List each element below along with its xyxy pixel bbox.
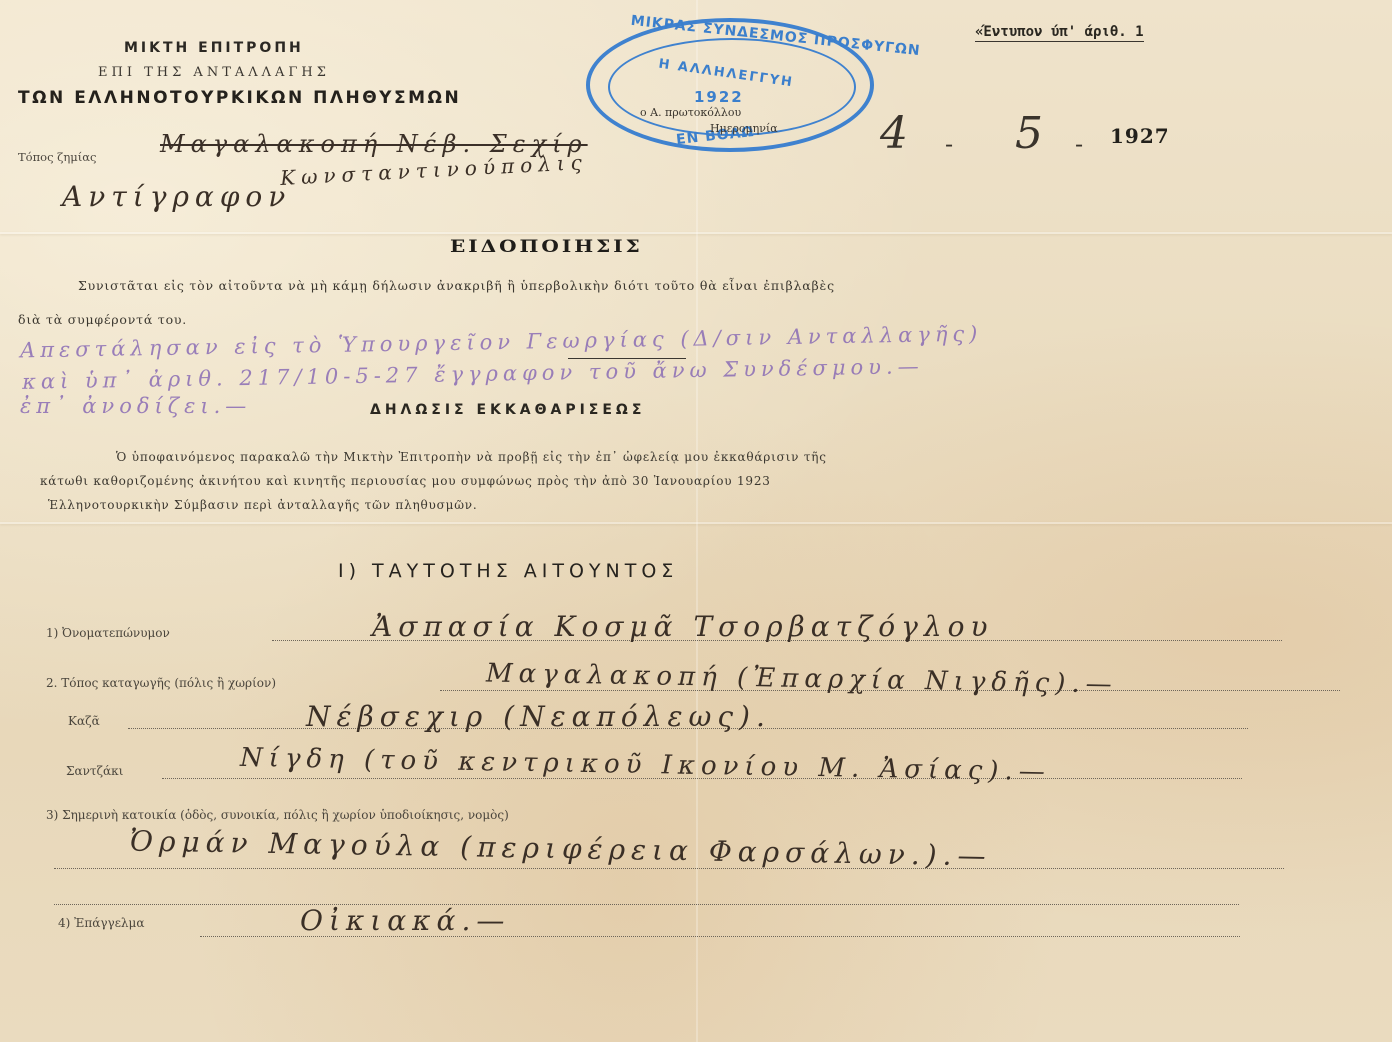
declaration-text-line-1: Ὁ ὑποφαινόμενος παρακαλῶ τὴν Μικτὴν Ἐπιτ… — [116, 450, 827, 464]
date-month: 5 — [1015, 108, 1043, 159]
purple-annotation-line-3: ἐπ᾽ ἀνοδίζει.— — [20, 394, 251, 418]
field-value-occupation: Οἰκιακά.— — [300, 904, 510, 937]
notice-text-line-2: διὰ τὰ συμφέροντά του. — [18, 312, 187, 327]
field-value-full-name: Ἀσπασία Κοσμᾶ Τσορβατζόγλου — [372, 610, 994, 643]
date-separator: - — [1075, 130, 1083, 158]
field-label-kaza: Καζᾶ — [68, 714, 100, 728]
field-label-full-name: 1) Ὀνοματεπώνυμον — [46, 626, 170, 640]
field-line-current-residence-2 — [54, 904, 1239, 905]
paper-fold — [696, 0, 698, 1042]
association-stamp: ΜΙΚΡΑΣ ΣΥΝΔΕΣΜΟΣ ΠΡΟΣΦΥΓΩΝ Η ΑΛΛΗΛΕΓΓΥΗ … — [586, 18, 874, 152]
declaration-text-line-3: Ἑλληνοτουρκικὴν Σύμβασιν περὶ ἀνταλλαγῆς… — [48, 498, 478, 512]
stamp-overprint-protocol: ο Α. πρωτοκόλλου — [640, 106, 741, 119]
date-separator: - — [945, 130, 953, 158]
notice-title: ΕΙΔΟΠΟΙΗΣΙΣ — [450, 236, 643, 256]
field-label-current-residence: 3) Σημερινὴ κατοικία (ὁδὸς, συνοικία, πό… — [46, 808, 509, 822]
field-label-sanjak: Σαντζάκι — [66, 764, 123, 778]
place-of-loss-label: Τόπος ζημίας — [18, 150, 96, 164]
field-label-occupation: 4) Ἐπάγγελμα — [58, 916, 144, 930]
header-line-2: ΕΠΙ ΤΗΣ ΑΝΤΑΛΛΑΓΗΣ — [98, 65, 330, 80]
declaration-title: ΔΗΛΩΣΙΣ ΕΚΚΑΘΑΡΙΣΕΩΣ — [370, 402, 645, 418]
field-label-place-of-origin: 2. Τόπος καταγωγῆς (πόλις ἢ χωρίον) — [46, 676, 276, 690]
declaration-text-line-2: κάτωθι καθοριζομένης ἀκινήτου καὶ κινητῆ… — [40, 474, 771, 488]
field-value-kaza: Νέβσεχιρ (Νεαπόλεως). — [306, 700, 771, 733]
copy-note: Αντίγραφον — [62, 180, 291, 213]
header-line-1: ΜΙΚΤΗ ΕΠΙΤΡΟΠΗ — [124, 40, 304, 56]
stamp-center-line-2: 1922 — [694, 88, 744, 106]
field-line-current-residence — [54, 868, 1284, 869]
date-year: 1927 — [1110, 124, 1170, 148]
form-number: «Έντυπον ύπ' άριθ. 1 — [975, 24, 1144, 42]
date-day: 4 — [880, 108, 908, 159]
header-line-3: ΤΩΝ ΕΛΛΗΝΟΤΟΥΡΚΙΚΩΝ ΠΛΗΘΥΣΜΩΝ — [18, 88, 461, 108]
stamp-overprint-date: Ημερομηνία — [710, 122, 778, 135]
notice-text-line-1: Συνιστᾶται εἰς τὸν αἰτοῦντα νὰ μὴ κάμῃ δ… — [78, 278, 835, 293]
identity-section-title: I) ΤΑΥΤΟΤΗΣ ΑΙΤΟΥΝΤΟΣ — [338, 560, 678, 582]
